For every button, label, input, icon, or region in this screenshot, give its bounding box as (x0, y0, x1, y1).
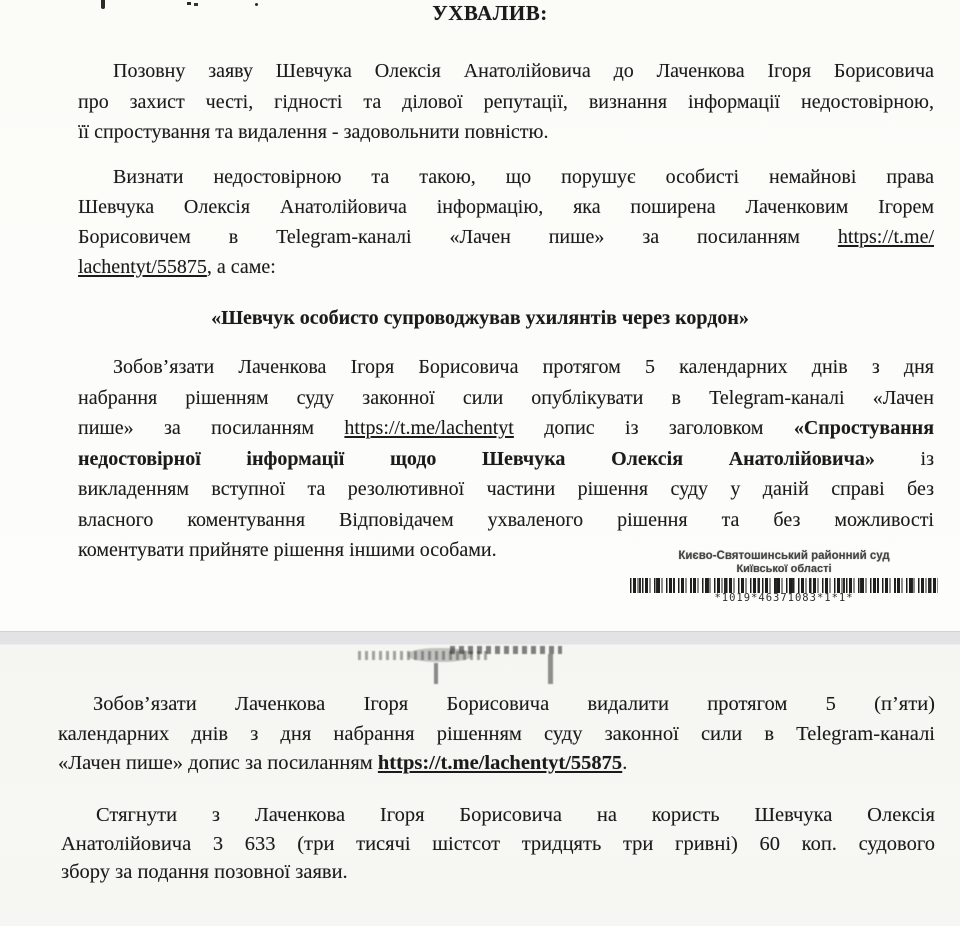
doc-line: Шевчука Олексія Анатолійовича інформацію… (78, 192, 934, 222)
scan-page-1: УХВАЛИВ: Позовну заяву Шевчука Олексія А… (0, 0, 960, 631)
doc-line: Зобов’язати Лаченкова Ігоря Борисовича п… (78, 352, 934, 383)
doc-line: недостовірної інформації щодо Шевчука Ол… (78, 444, 934, 475)
ink-streak (450, 646, 562, 654)
doc-bold-text: «Спростування (794, 417, 934, 439)
doc-line: Визнати недостовірною та такою, що поруш… (78, 162, 934, 192)
doc-line: збору за подання позовної заяви. (61, 858, 935, 887)
doc-line: Борисовичем в Telegram-каналі «Лачен пиш… (78, 222, 934, 252)
paragraph-recognize-false-info: Визнати недостовірною та такою, що поруш… (78, 162, 934, 282)
resolution-heading: УХВАЛИВ: (30, 1, 950, 26)
doc-line: Анатолійовича 3 633 (три тисячі шістсот … (61, 830, 935, 859)
court-name-line: Києво-Святошинський районний суд (614, 550, 954, 563)
doc-text: , а саме: (207, 256, 276, 278)
telegram-link-text: https://t.me/ (838, 226, 934, 248)
paragraph-court-fee: Стягнути з Лаченкова Ігоря Борисовича на… (61, 801, 935, 887)
paragraph-delete-post: Зобов’язати Лаченкова Ігоря Борисовича в… (58, 690, 935, 779)
doc-text: допис із заголовком (544, 417, 763, 439)
scanned-court-document: УХВАЛИВ: Позовну заяву Шевчука Олексія А… (0, 0, 960, 926)
doc-line: пише» за посиланням https://t.me/lachent… (78, 413, 934, 444)
doc-line: Позовну заяву Шевчука Олексія Анатолійов… (78, 56, 934, 87)
doc-text: «Лачен пише» допис за посиланням (58, 752, 373, 774)
telegram-link-text: lachentyt/55875 (78, 256, 207, 278)
doc-line: викладенням вступної та резолютивної час… (78, 474, 934, 505)
telegram-link-text: https://t.me/lachentyt (344, 417, 513, 439)
doc-text: пише» за посиланням (78, 417, 314, 439)
doc-line: Зобов’язати Лаченкова Ігоря Борисовича в… (58, 690, 935, 720)
paragraph-publish-refutation: Зобов’язати Лаченкова Ігоря Борисовича п… (78, 352, 934, 566)
doc-line: календарних днів з дня набрання рішенням… (58, 720, 935, 750)
barcode (630, 578, 938, 593)
doc-text: Борисовичем в Telegram-каналі «Лачен пиш… (78, 226, 800, 248)
paragraph-claim: Позовну заяву Шевчука Олексія Анатолійов… (78, 56, 934, 148)
court-stamp: Києво-Святошинський районний суд Київськ… (614, 550, 954, 604)
doc-line: власного коментування Відповідачем ухвал… (78, 505, 934, 536)
doc-line: набрання рішенням суду законної сили опу… (78, 383, 934, 414)
scan-artifact-smudge (350, 645, 565, 688)
doc-text: . (622, 752, 627, 774)
ink-streak (548, 654, 553, 684)
page-divider (0, 631, 960, 645)
doc-line: «Лачен пише» допис за посиланням https:/… (58, 749, 935, 779)
doc-text: із (921, 448, 934, 470)
doc-line: Стягнути з Лаченкова Ігоря Борисовича на… (61, 801, 935, 830)
ink-streak (434, 663, 438, 684)
doc-line: її спростування та видалення - задовольн… (78, 117, 934, 148)
doc-line: lachentyt/55875, а саме: (78, 252, 934, 282)
court-region-line: Київської області (614, 563, 954, 575)
telegram-link-text: https://t.me/lachentyt/55875 (378, 752, 622, 774)
doc-bold-text: недостовірної інформації щодо Шевчука Ол… (78, 448, 875, 470)
doc-line: про захист честі, гідності та ділової ре… (78, 87, 934, 118)
quoted-statement: «Шевчук особисто супроводжував ухилянтів… (20, 303, 940, 333)
barcode-label: *1019*46371083*1*1* (614, 593, 954, 604)
